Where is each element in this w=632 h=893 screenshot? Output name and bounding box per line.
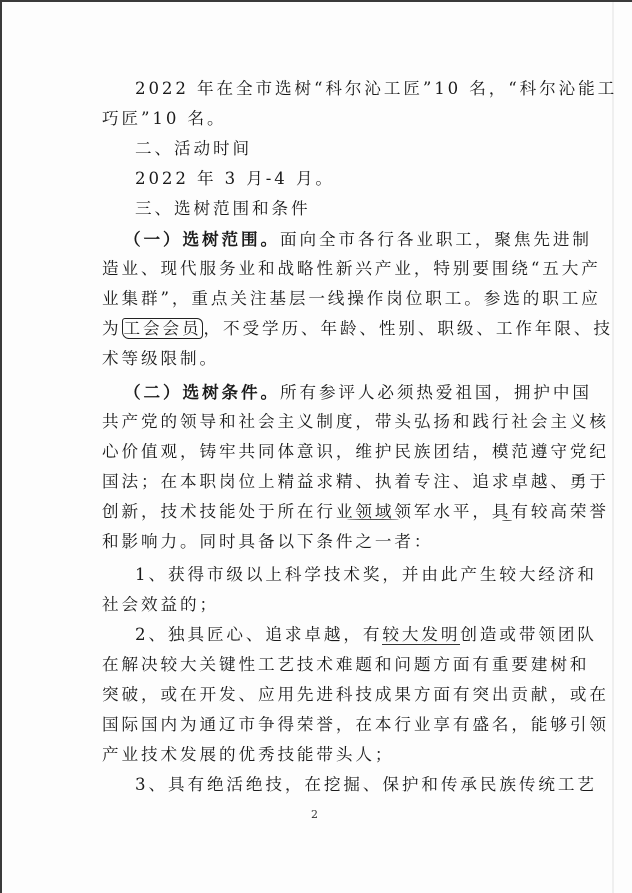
section1-line-4: 为工会会员，不受学历、年龄、性别、职级、工作年限、技 [102, 319, 613, 339]
item3-line-1: 3、具有绝活绝技，在挖掘、保护和传承民族传统工艺 [135, 775, 597, 795]
item2-line-1-pre: 2、独具匠心、追求卓越，有 [135, 625, 382, 644]
item1-line-1: 1、获得市级以上科学技术奖，并由此产生较大经济和 [135, 565, 597, 585]
item1-line-2: 社会效益的； [102, 595, 219, 615]
item2-line-5: 产业技术发展的优秀技能带头人； [102, 745, 394, 765]
section2-line-1: （二）选树条件。所有参评人必须热爱祖国，拥护中国 [124, 382, 592, 402]
page-number: 2 [311, 808, 318, 821]
section2-heading: （二）选树条件。 [124, 382, 280, 402]
section2-line-6: 和影响力。同时具备以下条件之一者： [102, 532, 433, 552]
page-edge-shadow [612, 2, 614, 893]
section1-line-4-pre: 为 [102, 319, 122, 338]
paragraph-intro-line-2: 巧匠”10 名。 [102, 109, 226, 129]
handwritten-circle-annotation: 工会会员 [122, 318, 204, 339]
item2-line-3: 突破，或在开发、应用先进科技成果方面有突出贡献，或在 [102, 685, 609, 705]
handwritten-pen-mark [502, 520, 512, 521]
item2-line-2: 在解决较大关键性工艺技术难题和问题方面有重要建树和 [102, 655, 589, 675]
section1-line-1: （一）选树范围。面向全市各行各业职工，聚焦先进制 [124, 229, 592, 249]
item2-line-1: 2、独具匠心、追求卓越，有较大发明创造或带领团队 [135, 625, 597, 645]
item2-line-1-post: 创造或带领团队 [460, 625, 596, 644]
item2-line-4: 国际国内为通辽市争得荣誉，在本行业享有盛名，能够引领 [102, 715, 609, 735]
section1-heading: （一）选树范围。 [124, 229, 280, 249]
section1-line-1-text: 面向全市各行各业职工，聚焦先进制 [280, 230, 592, 249]
section1-line-2: 造业、现代服务业和战略性新兴产业，特别要围绕“五大产 [102, 259, 601, 279]
section2-line-4: 国法；在本职岗位上精益求精、执着专注、追求卓越、勇于 [102, 472, 609, 492]
heading-scope-conditions: 三、选树范围和条件 [135, 199, 310, 219]
paragraph-intro-line-1: 2022 年在全市选树“科尔沁工匠”10 名，“科尔沁能工 [135, 79, 617, 99]
scanned-page: 2022 年在全市选树“科尔沁工匠”10 名，“科尔沁能工 巧匠”10 名。 二… [0, 0, 632, 893]
activity-time-value: 2022 年 3 月-4 月。 [135, 169, 335, 189]
handwritten-pen-mark [347, 519, 399, 520]
heading-activity-time: 二、活动时间 [135, 139, 252, 159]
section2-line-2: 共产党的领导和社会主义制度，带头弘扬和践行社会主义核 [102, 412, 609, 432]
section1-line-3: 业集群”，重点关注基层一线操作岗位职工。参选的职工应 [102, 289, 601, 309]
section2-line-3: 心价值观，铸牢共同体意识，维护民族团结，模范遵守党纪 [102, 442, 609, 462]
section2-line-1-text: 所有参评人必须热爱祖国，拥护中国 [280, 383, 592, 402]
section1-line-4-post: ，不受学历、年龄、性别、职级、工作年限、技 [203, 319, 612, 338]
section1-line-5: 术等级限制。 [102, 349, 219, 369]
handwritten-underline-annotation: 较大发明 [382, 625, 460, 645]
